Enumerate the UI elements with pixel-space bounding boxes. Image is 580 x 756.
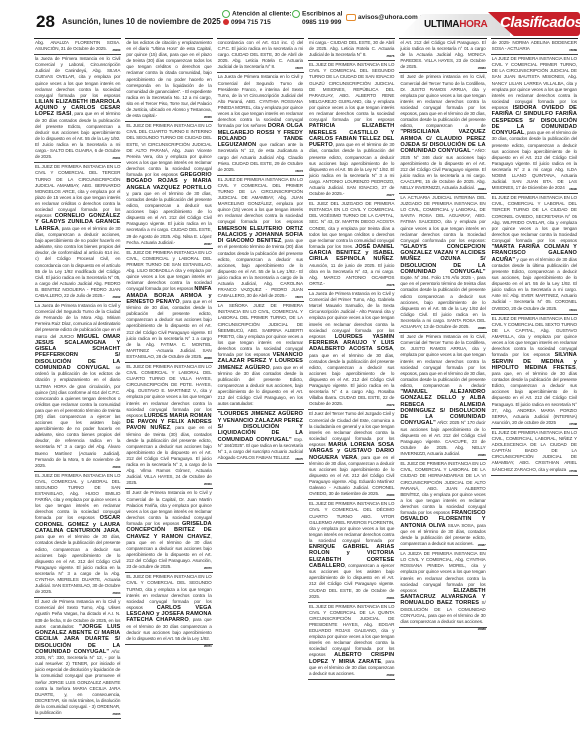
notice-text: la Jueza de Primera Instancia en lo Civi… <box>35 56 120 98</box>
notice-text: Abg. ANALIZA FLORENTIN SOSA. ASUNCIÓN, 3… <box>35 40 120 51</box>
column-2: de los edictos de citación y emplazamien… <box>125 38 212 746</box>
notice-text: EL JUEZ DE PRIMERA INSTANCIA EN LO CIVIL… <box>400 461 485 515</box>
notice-text: el Art. 212 del Código Civil Paraguayo. … <box>400 40 485 69</box>
legal-notice: EL JUEZ DE PRIMERA INSTANCIA EN LO CIVIL… <box>491 429 578 476</box>
phone-icon <box>223 19 229 25</box>
notice-text: La Jueza de Primera Instancia en lo Civi… <box>218 74 303 128</box>
notice-id: #6069 <box>204 481 212 487</box>
notice-text: EL JUEZ DE PRIMERA INSTANCIA EN LO CIVIL… <box>492 430 577 472</box>
notice-id: #6085 <box>478 325 486 331</box>
notice-id: #6062 <box>112 294 120 300</box>
page-number: 28 <box>36 12 55 32</box>
notice-text: El Juez de Primera Instancia en lo Civil… <box>400 334 485 388</box>
notice-id: #6067 <box>204 241 212 247</box>
notice-text-continued: , para que en el término de 30 días, com… <box>35 226 120 298</box>
legal-notice: EL JUEZ DEL JUZGADO DE PRIMERA INSTANCIA… <box>308 200 395 290</box>
notice-text: EL JUEZ DE PRIMERA INSTANCIA EN LO CIVIL… <box>492 316 577 358</box>
whatsapp-icon <box>222 10 230 18</box>
notice-text-continued: , para que en el término de 30 días cont… <box>35 111 120 159</box>
legal-notice: la Jueza de Primera Instancia en lo Civi… <box>34 55 121 163</box>
legal-notice: EL JUEZ DE PRIMERA INSTANCIA EN LO CIVIL… <box>34 163 121 302</box>
notice-id: #6084 <box>478 186 486 192</box>
brand-banner: ULTIMAHORA Clasificados <box>392 12 580 38</box>
notice-text: La Jueza de Primera Instancia en lo Civi… <box>309 291 394 339</box>
notice-text-continued: , para que en el término de 30 días comp… <box>126 534 211 570</box>
notice-id: #6091 <box>569 307 577 313</box>
notice-text: LA ACTUARIA JUDICIAL INTERINA DEL JUZGAD… <box>400 195 485 243</box>
notice-text-continued: , para que en el término de 30 días, con… <box>35 528 120 594</box>
notice-id: #6063 <box>112 464 120 470</box>
legal-notice: El Juez de Primera Instancia en lo Civil… <box>399 333 486 460</box>
write-us: Escribinos al 0985 119 999 <box>292 10 342 27</box>
notice-text: mi cargo.- CIUDAD DEL ESTE, 30 de Abril … <box>309 40 394 57</box>
column-1: Abg. ANALIZA FLORENTIN SOSA. ASUNCIÓN, 3… <box>34 38 121 746</box>
notice-id: #6086 <box>478 452 486 458</box>
legal-notice: EL JUEZ DE PRIMERA INSTANCIA EN LO CIVIL… <box>125 249 212 363</box>
notice-text-continued: y, para que en el término de 30 días, co… <box>126 191 211 245</box>
notice-id: #7509 <box>569 468 577 474</box>
notice-text-continued: , para que, en el término de 30 días con… <box>492 365 577 425</box>
legal-notice: mi cargo.- CIUDAD DEL ESTE, 30 de Abril … <box>308 39 395 61</box>
legal-notice: EL JUEZ DE PRIMERA INSTANCIA EN LO CIVIL… <box>125 573 212 645</box>
notice-id: #6071 <box>204 643 212 649</box>
notice-id: #6066 <box>204 114 212 120</box>
notice-text: El Juez de primera instancia en lo Civil… <box>400 74 485 128</box>
customer-service-label: Atención al cliente: <box>232 11 292 18</box>
notice-id: #6083 <box>478 65 486 71</box>
legal-notice: EL JUEZ DE PRIMERA INSTANCIA EN LO CIVIL… <box>217 176 304 302</box>
legal-notice: de 2025- NORMA ADELINA BODENCER SOSA - A… <box>491 39 578 55</box>
legal-notice: concordancia con el Art. 614 inc. c) del… <box>217 39 304 73</box>
notice-id: #6070 <box>204 565 212 571</box>
notice-text-continued: , para que en el término de 30 días cont… <box>218 365 303 407</box>
notice-text-continued: " AÑO: 2025 N° 346 ducir sus acciones ba… <box>400 148 485 190</box>
notice-id: #6061 <box>112 155 120 161</box>
notice-id: #6064 <box>112 590 120 596</box>
notice-text: de los edictos de citación y emplazamien… <box>126 40 211 118</box>
notice-parties: "LOURDES JIMENEZ AGÜERO Y VENANCIO ZALAZ… <box>218 411 303 442</box>
legal-notice: El Juez de Primera Instancia en lo Civil… <box>125 489 212 573</box>
notice-text: EL JUEZ DE PRIMERA INSTANCIA EN LO CIVIL… <box>309 62 394 122</box>
notice-text-continued: y que en el término de 30 días contados … <box>492 257 577 311</box>
classifieds-columns: Abg. ANALIZA FLORENTIN SOSA. ASUNCIÓN, 3… <box>34 38 578 746</box>
notice-text-continued: Expte. N° 264. Folio 176 Año 2025 -, par… <box>400 275 485 329</box>
legal-notice: LA SEÑORA JUEZ DE PRIMERA INSTANCIA EN L… <box>217 302 304 410</box>
write-us-phone: 0985 119 999 <box>302 19 342 27</box>
notice-id: #6065 <box>112 711 120 717</box>
column-5: el Art. 212 del Código Civil Paraguayo. … <box>399 38 486 746</box>
legal-notice: EL JUEZ DE PRIMERA INSTANCIA EN LO CIVIL… <box>491 315 578 429</box>
notice-text: EL JUEZ DE PRIMERA INSTANCIA EN LO CIVIL… <box>492 195 577 243</box>
logo-hora: HORA <box>459 19 487 30</box>
notice-id: #6068 <box>204 355 212 361</box>
notice-text: EL JUEZ DE PRIMERA INSTANCIA EN LO CIVIL… <box>126 123 211 177</box>
legal-notice: EL JUEZ DE PRIMERA INSTANCIA EN LO CIVIL… <box>308 603 395 681</box>
notice-text-continued: se ordenó la publicación de los edictos … <box>35 365 120 468</box>
notice-id: #6087 <box>478 542 486 548</box>
whatsapp-icon <box>292 10 300 18</box>
legal-notice: "LOURDES JIMENEZ AGÜERO Y VENANCIO ZALAZ… <box>217 410 304 464</box>
notice-text: EL JUEZ DE PRIMERA INSTANCIA EN LO CIVIL… <box>126 250 211 292</box>
legal-notice: LA ACTUARIA JUDICIAL INTERINA DEL JUZGAD… <box>399 194 486 333</box>
write-us-label: Escribinos al <box>302 11 342 18</box>
dateline: Asunción, lunes 10 de noviembre de 2025 <box>62 17 221 26</box>
notice-id: #6077 <box>386 192 394 198</box>
legal-notice: La Jueza de Primera Instancia en lo Civi… <box>308 290 395 410</box>
legal-notice: LA JUEZ DE PRIMERA INSTANCIA EN LO CIVIL… <box>491 55 578 194</box>
notice-text: LA SEÑORA JUEZ DE PRIMERA INSTANCIA EN L… <box>218 303 303 357</box>
notice-id: #6089 <box>569 47 577 53</box>
legal-notice: el Art. 212 del Código Civil Paraguayo. … <box>399 39 486 73</box>
notice-text: EL JUEZ DE PRIMERA INSTANCIA EN LO CIVIL… <box>126 364 211 418</box>
column-3: concordancia con el Art. 614 inc. c) del… <box>217 38 304 746</box>
notice-id: #6075 <box>295 456 303 462</box>
legal-notice: El Juez del Tercer Turno del Juzgado Civ… <box>308 410 395 500</box>
notice-parties: "GLADYS CONCEPCION GONZALEZ VAZAN Y ALCI… <box>400 244 485 275</box>
customer-service: Atención al cliente: 0994 715 715 <box>222 10 292 27</box>
legal-notice: LA JUEZA DE PRIMERA INSTANCIA EN LO CIVI… <box>399 550 486 628</box>
notice-text: LA JUEZ DE PRIMERA INSTANCIA EN LO CIVIL… <box>492 56 577 110</box>
legal-notice: EL JUEZ DE PRIMERA INSTANCIA EN LO CIVIL… <box>308 61 395 200</box>
legal-notice: La Jueza de Primera Instancia en lo Civi… <box>217 73 304 175</box>
notice-text: EL JUEZ DEL JUZGADO DE PRIMERA INSTANCIA… <box>309 201 394 249</box>
mail-icon <box>346 14 356 21</box>
notice-text-continued: , para que en el término de 30 días, con… <box>309 346 394 406</box>
notice-text: de 2025- NORMA ADELINA BODENCER SOSA - A… <box>492 40 577 51</box>
notice-text-continued: , para que en el término de 30 días, con… <box>492 130 577 190</box>
notice-id: #6078 <box>386 282 394 288</box>
customer-service-phone: 0994 715 715 <box>231 19 271 26</box>
notice-id: #6076 <box>386 53 394 59</box>
notice-id: #6079 <box>386 402 394 408</box>
notice-text: LA JUEZA DE PRIMERA INSTANCIA EN LO CIVI… <box>400 551 485 593</box>
notice-text-continued: , para que en el término de treinta (30)… <box>126 425 211 485</box>
notice-id: #7508 <box>569 421 577 427</box>
legal-notice: EL JUEZ DE PRIMERA INSTANCIA EN LO CIVIL… <box>491 194 578 314</box>
notice-id: #6072 <box>295 65 303 71</box>
notice-id: #6082 <box>386 672 394 678</box>
notice-text: EL JUEZ DE PRIMERA INSTANCIA EN LO CIVIL… <box>218 177 303 225</box>
legal-notice: EL JUEZ DE PRIMERA INSTANCIA EN LO CIVIL… <box>399 460 486 550</box>
notice-text-continued: , comparezcan a ejercer sus acciones que… <box>309 563 394 599</box>
notice-text-continued: , para que en el término de 30 días, con… <box>309 142 394 196</box>
notice-id: #6090 <box>569 186 577 192</box>
legal-notice: Abg. ANALIZA FLORENTIN SOSA. ASUNCIÓN, 3… <box>34 39 121 55</box>
column-6: de 2025- NORMA ADELINA BODENCER SOSA - A… <box>491 38 578 746</box>
legal-notice: El Juez de Primera Instancia en lo Civil… <box>34 598 121 719</box>
notice-text-continued: , para que en el perentorio término de t… <box>218 238 303 298</box>
notice-text: EL JUEZ DE PRIMERA INSTANCIA EN LO CIVIL… <box>35 164 120 218</box>
column-4: mi cargo.- CIUDAD DEL ESTE, 30 de Abril … <box>308 38 395 746</box>
notice-id: #6080 <box>386 492 394 498</box>
notice-text: EL JUEZ DE PRIMERA INSTANCIA EN LO CIVIL… <box>35 473 120 521</box>
notice-text: EL JUEZ DE PRIMERA INSTANCIA EN LO CIVIL… <box>309 501 394 543</box>
notice-id: #6073 <box>295 168 303 174</box>
legal-notice: El Juez de primera instancia en lo Civil… <box>399 73 486 194</box>
legal-notice: EL JUEZ DE PRIMERA INSTANCIA EN LO CIVIL… <box>34 472 121 598</box>
notice-text-continued: AÑO: 2025 N° 170 ducir sus acciones bajo… <box>400 420 485 456</box>
notice-text-continued: , para que en el término de 30 días, con… <box>126 299 211 359</box>
notice-id: #6060 <box>112 47 120 53</box>
notice-id: #6088 <box>478 626 486 632</box>
notice-id: #6074 <box>295 294 303 300</box>
page-header: 28 Asunción, lunes 10 de noviembre de 20… <box>0 0 580 38</box>
notice-text-continued: , para que en el término de 30 días, com… <box>309 455 394 497</box>
logo-ultima: ULTIMA <box>424 19 459 30</box>
notice-text: EL JUEZ DE PRIMERA INSTANCIA EN LO CIVIL… <box>309 604 394 658</box>
notice-text-continued: Año: 2025, N°: 330, Secretaría N° 12, - … <box>35 649 120 715</box>
ultima-hora-logo: ULTIMAHORA <box>424 19 487 30</box>
legal-notice: La Jueza de Primera Instancia en lo Civi… <box>34 302 121 472</box>
notice-text: concordancia con el Art. 614 inc. c) del… <box>218 40 303 69</box>
legal-notice: EL JUEZ DE PRIMERA INSTANCIA EN LO CIVIL… <box>308 500 395 602</box>
section-title: Clasificados <box>500 14 580 31</box>
legal-notice: de los edictos de citación y emplazamien… <box>125 39 212 122</box>
notice-parties: MIGUEL OMAR JESUS SCALAMOGNA Y GISELA SC… <box>35 334 120 371</box>
notice-id: #6081 <box>386 595 394 601</box>
legal-notice: EL JUEZ DE PRIMERA INSTANCIA EN LO CIVIL… <box>125 363 212 489</box>
legal-notice: EL JUEZ DE PRIMERA INSTANCIA EN LO CIVIL… <box>125 122 212 248</box>
